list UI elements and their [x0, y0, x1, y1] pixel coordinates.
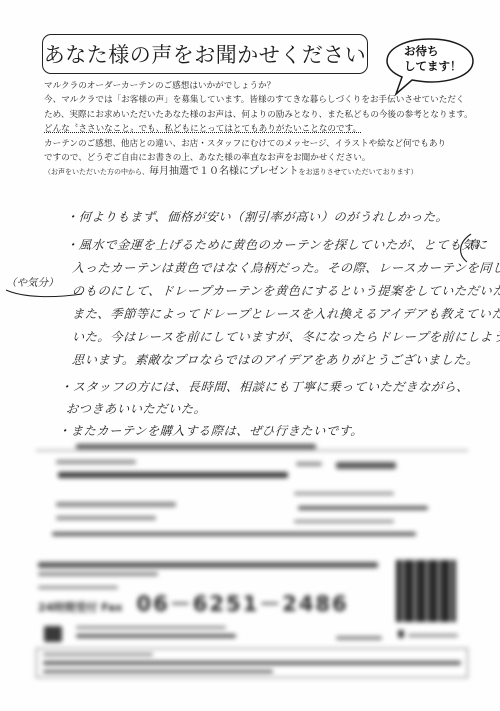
bottom-notice-box [36, 648, 468, 678]
blurred-icon [398, 630, 404, 638]
blurred-text [336, 636, 382, 640]
note-prefix: （お声をいただいた方の中から、 [44, 168, 149, 176]
blurred-text [76, 634, 236, 638]
blurred-text [336, 532, 416, 536]
blurred-text [38, 562, 378, 568]
bubble-text: お待ち してます！ [404, 44, 462, 74]
side-annotation: 鳥 [468, 236, 479, 252]
blurred-text [56, 502, 176, 507]
bubble-line-1: お待ち [404, 44, 462, 59]
blurred-text [56, 516, 156, 520]
blurred-text [43, 653, 153, 656]
feedback-form-page: あなた様の声をお聞かせください お待ち してます！ マルクラのオーダーカーテンの… [0, 0, 500, 711]
handwritten-line: 思います。素敵なプロならではのアイデアをありがとうございました。 [71, 351, 479, 368]
note-highlight: 毎月抽選で１０名様にプレゼント [149, 166, 299, 177]
blurred-text [294, 520, 394, 523]
blurred-text [56, 460, 136, 464]
intro-line: ため、実際にお求めいただいたあなた様のお声は、何よりの励みとなり、また私どもの今… [44, 108, 474, 122]
blurred-text [76, 626, 226, 629]
handwritten-line: おつきあいいただいた。 [65, 400, 207, 417]
intro-line: 今、マルクラでは「お客様の声」を募集しています。皆様のすてきな暮らしづくりをお手… [44, 93, 474, 107]
intro-text: マルクラのオーダーカーテンのご感想はいかがでしょうか？ 今、マルクラでは「お客様… [44, 79, 474, 180]
blurred-text [43, 661, 461, 665]
handwritten-line: ・またカーテンを購入する際は、ぜひ行きたいです。 [57, 422, 364, 439]
blurred-footer: 24時間受付 Fax06－6251－2486 [36, 440, 468, 675]
handwritten-line: ・何よりもまず、価格が安い（割引率が高い）のがうれしかった。 [65, 208, 449, 225]
bubble-line-2: してます！ [404, 59, 462, 74]
handwritten-line: いた。今はレースを前にしていますが、冬になったらドレープを前にしようと [71, 328, 500, 345]
intro-line: マルクラのオーダーカーテンのご感想はいかがでしょうか？ [44, 79, 474, 93]
handwritten-line: また、季節等によってドレープとレースを入れ換えるアイデアも教えていただ [71, 305, 500, 322]
blurred-text [296, 462, 322, 466]
qr-code-icon [396, 560, 456, 622]
handwritten-line: のものにして、ドレープカーテンを黄色にするという提案をしていただいた。 [71, 282, 500, 299]
fax-label: 24時間受付 Fax [38, 601, 123, 614]
handwritten-line: ・スタッフの方には、長時間、相談にも丁寧に乗っていただきながら、 [59, 378, 469, 395]
fax-number: 06－6251－2486 [137, 592, 349, 616]
intro-line: ですので、どうぞご自由にお書きの上、あなた様の率直なお声をお聞かせください。 [44, 151, 474, 165]
blurred-text [76, 444, 316, 449]
present-note: （お声をいただいた方の中から、毎月抽選で１０名様にプレゼントをお送りさせていただ… [44, 165, 474, 179]
blurred-text [58, 472, 288, 478]
blurred-text [408, 634, 458, 637]
form-title: あなた様の声をお聞かせください [44, 39, 367, 69]
intro-line: カーテンのご感想、他店との違い、お店・スタッフにむけてのメッセージ、イラストや絵… [44, 137, 474, 151]
handwritten-line: ・風水で金運を上げるために黄色のカーテンを探していたが、とても気に [65, 236, 488, 253]
title-box: あなた様の声をお聞かせください [42, 34, 368, 74]
blurred-text [336, 462, 396, 469]
logo-icon [44, 626, 62, 642]
note-suffix: をお送りさせていただいております） [299, 168, 418, 176]
blurred-text [52, 532, 352, 536]
blurred-text [43, 670, 273, 673]
intro-line-emphasis: どんな〝ささいなこと〟でも、私どもにとってはとてもありがたいことなのです。 [44, 122, 474, 136]
divider [36, 450, 468, 451]
blurred-text [294, 492, 394, 495]
blurred-text [38, 572, 158, 576]
blurred-text [298, 506, 428, 510]
margin-arrow-icon [4, 286, 84, 300]
handwritten-line: 入ったカーテンは黄色ではなく鳥柄だった。その際、レースカーテンを同じ柄 [71, 259, 500, 276]
fax-number-line: 24時間受付 Fax06－6251－2486 [38, 588, 349, 618]
